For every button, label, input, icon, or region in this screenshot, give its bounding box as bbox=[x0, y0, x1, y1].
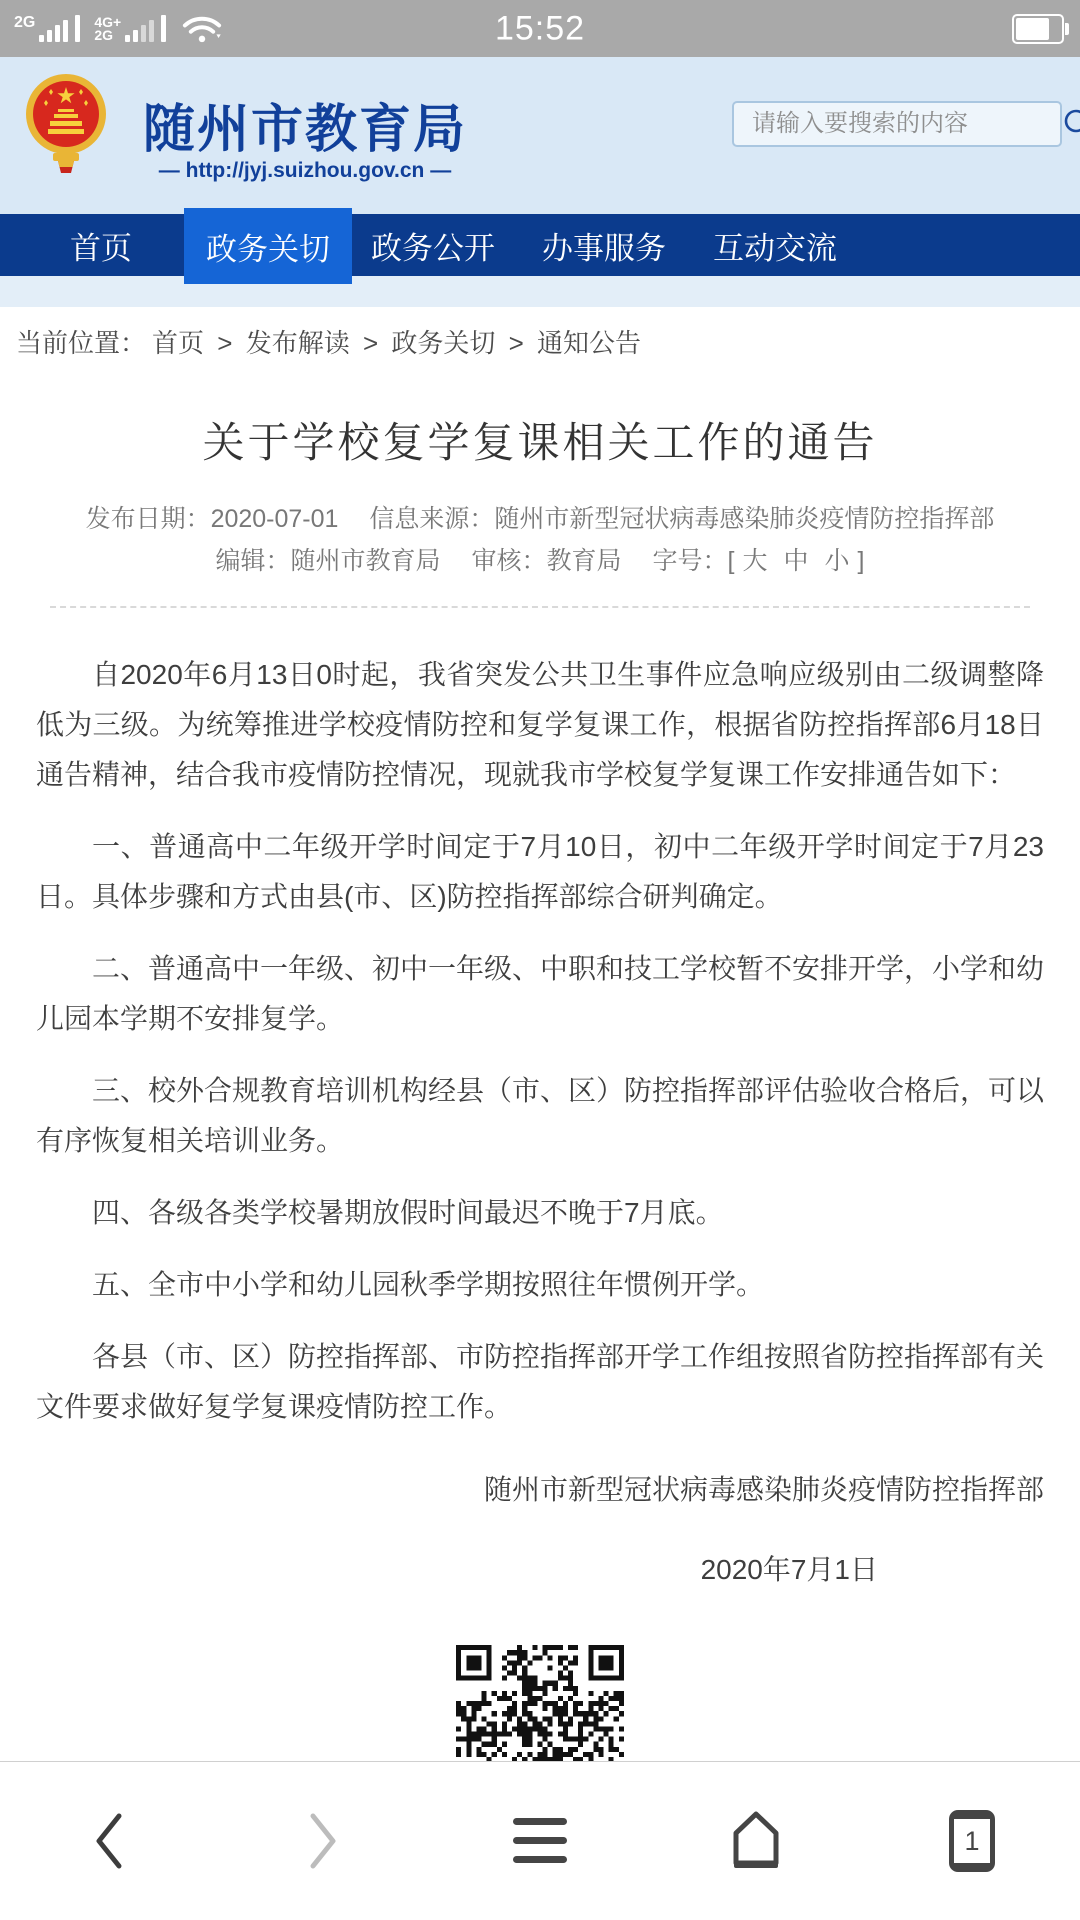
breadcrumb-separator: > bbox=[509, 328, 524, 358]
meta-editor: 编辑：随州市教育局 bbox=[216, 547, 441, 575]
site-url: — http://jyj.suizhou.gov.cn — bbox=[140, 159, 470, 183]
main-nav: 首页 政务关切 政务公开 办事服务 互动交流 bbox=[0, 214, 1080, 276]
font-size-large-button[interactable]: 大 bbox=[742, 547, 767, 575]
paragraph: 自2020年6月13日0时起，我省突发公共卫生事件应急响应级别由二级调整降低为三… bbox=[36, 650, 1044, 800]
search-icon bbox=[1062, 107, 1080, 141]
font-size-small-button[interactable]: 小 bbox=[824, 547, 849, 575]
article-date: 2020年7月1日 bbox=[36, 1548, 1044, 1588]
meta-publish-date: 发布日期：2020-07-01 bbox=[86, 505, 339, 533]
nav-item-hudong-jiaoliu[interactable]: 互动交流 bbox=[713, 214, 837, 276]
browser-forward-button[interactable] bbox=[216, 1762, 432, 1920]
font-size-prefix: 字号：[ bbox=[652, 547, 734, 575]
back-icon bbox=[89, 1810, 127, 1872]
nav-item-zhengwu-guanqie[interactable]: 政务关切 bbox=[184, 208, 352, 284]
signal-strength-icon-2: 4G+ 2G bbox=[94, 8, 166, 49]
search-box bbox=[732, 101, 1062, 147]
page: 2G 4G+ 2G 15:52 bbox=[0, 0, 1080, 1920]
paragraph: 三、校外合规教育培训机构经县（市、区）防控指挥部评估验收合格后，可以有序恢复相关… bbox=[36, 1066, 1044, 1166]
nav-item-home[interactable]: 首页 bbox=[70, 214, 132, 276]
paragraph: 四、各级各类学校暑期放假时间最迟不晚于7月底。 bbox=[36, 1188, 1044, 1238]
browser-home-button[interactable] bbox=[648, 1762, 864, 1920]
article-meta: 发布日期：2020-07-01 信息来源：随州市新型冠状病毒感染肺炎疫情防控指挥… bbox=[36, 498, 1044, 582]
dashed-divider bbox=[50, 606, 1030, 608]
breadcrumb-separator: > bbox=[363, 328, 378, 358]
browser-tabs-button[interactable]: 1 bbox=[864, 1762, 1080, 1920]
article: 关于学校复学复课相关工作的通告 发布日期：2020-07-01 信息来源：随州市… bbox=[0, 410, 1080, 1872]
sim2-network-label-bottom: 2G bbox=[94, 29, 121, 42]
sim2-network-label: 4G+ 2G bbox=[94, 16, 121, 42]
signal-bars-icon-2 bbox=[125, 8, 166, 49]
paragraph: 五、全市中小学和幼儿园秋季学期按照往年惯例开学。 bbox=[36, 1260, 1044, 1310]
browser-bar: 1 bbox=[0, 1761, 1080, 1920]
paragraph: 各县（市、区）防控指挥部、市防控指挥部开学工作组按照省防控指挥部有关文件要求做好… bbox=[36, 1332, 1044, 1432]
tabs-icon: 1 bbox=[949, 1810, 995, 1872]
status-bar: 2G 4G+ 2G 15:52 bbox=[0, 0, 1080, 57]
search-button[interactable] bbox=[1062, 103, 1080, 145]
menu-icon bbox=[511, 1810, 569, 1872]
breadcrumb-tongzhi-gonggao[interactable]: 通知公告 bbox=[537, 328, 641, 358]
sim1-network-label: 2G bbox=[14, 16, 35, 30]
meta-reviewer: 审核：教育局 bbox=[472, 547, 622, 575]
article-signature: 随州市新型冠状病毒感染肺炎疫情防控指挥部 bbox=[36, 1468, 1044, 1508]
nav-item-banshi-fuwu[interactable]: 办事服务 bbox=[542, 214, 666, 276]
site-header: 随州市教育局 — http://jyj.suizhou.gov.cn — bbox=[0, 57, 1080, 214]
tab-count: 1 bbox=[964, 1826, 979, 1857]
home-icon bbox=[724, 1809, 788, 1873]
signal-bars-icon bbox=[39, 8, 80, 49]
breadcrumb-fabu-jiedu[interactable]: 发布解读 bbox=[246, 328, 350, 358]
breadcrumb-separator: > bbox=[217, 328, 232, 358]
article-title: 关于学校复学复课相关工作的通告 bbox=[36, 410, 1044, 470]
breadcrumb: 当前位置：首页 > 发布解读 > 政务关切 > 通知公告 bbox=[0, 307, 1080, 370]
meta-font-size-control: 字号：[大中小] bbox=[652, 547, 864, 575]
wifi-icon bbox=[180, 11, 224, 47]
site-title[interactable]: 随州市教育局 bbox=[140, 87, 470, 162]
breadcrumb-label: 当前位置： bbox=[16, 328, 146, 358]
nav-item-zhengwu-gongkai[interactable]: 政务公开 bbox=[371, 214, 495, 276]
nav-bottom-strip bbox=[0, 276, 1080, 307]
status-left-icons: 2G 4G+ 2G bbox=[14, 0, 224, 57]
article-body: 自2020年6月13日0时起，我省突发公共卫生事件应急响应级别由二级调整降低为三… bbox=[36, 650, 1044, 1432]
status-right-icons bbox=[1012, 0, 1064, 57]
forward-icon bbox=[305, 1810, 343, 1872]
status-time: 15:52 bbox=[495, 9, 585, 48]
breadcrumb-home[interactable]: 首页 bbox=[152, 328, 204, 358]
paragraph: 一、普通高中二年级开学时间定于7月10日，初中二年级开学时间定于7月23日。具体… bbox=[36, 822, 1044, 922]
battery-icon bbox=[1012, 14, 1064, 44]
browser-menu-button[interactable] bbox=[432, 1762, 648, 1920]
search-input[interactable] bbox=[734, 103, 1062, 145]
national-emblem-logo[interactable] bbox=[25, 69, 107, 177]
font-size-suffix: ] bbox=[857, 547, 864, 575]
font-size-medium-button[interactable]: 中 bbox=[783, 547, 808, 575]
browser-back-button[interactable] bbox=[0, 1762, 216, 1920]
paragraph: 二、普通高中一年级、初中一年级、中职和技工学校暂不安排开学，小学和幼儿园本学期不… bbox=[36, 944, 1044, 1044]
breadcrumb-zhengwu-guanqie[interactable]: 政务关切 bbox=[391, 328, 495, 358]
meta-source: 信息来源：随州市新型冠状病毒感染肺炎疫情防控指挥部 bbox=[369, 505, 994, 533]
signal-strength-icon: 2G bbox=[14, 8, 80, 49]
